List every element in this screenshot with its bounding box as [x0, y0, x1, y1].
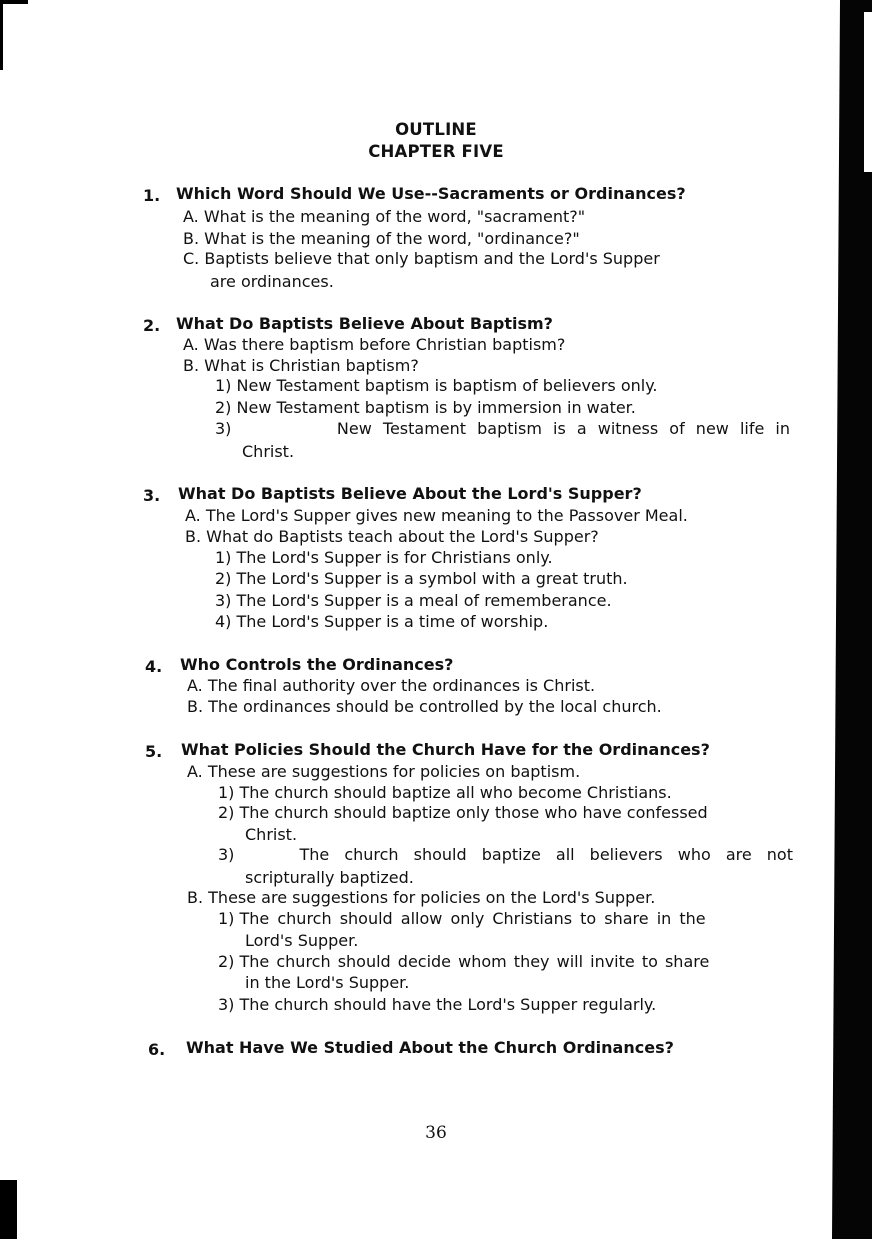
- outline-subitem: 2) New Testament baptism is by immersion…: [215, 398, 636, 418]
- outline-subitem-continuation: Lord's Supper.: [245, 931, 358, 951]
- outline-item: B. What do Baptists teach about the Lord…: [185, 527, 599, 547]
- outline-item: B. The ordinances should be controlled b…: [187, 697, 662, 717]
- outline-item-continuation: are ordinances.: [210, 272, 334, 292]
- outline-subitem: 3) The church should have the Lord's Sup…: [218, 995, 656, 1015]
- outline-item: A. The Lord's Supper gives new meaning t…: [185, 506, 688, 526]
- outline-subitem: 1) The church should allow only Christia…: [218, 909, 706, 929]
- document-page: OUTLINE CHAPTER FIVE 1. Which Word Shoul…: [0, 0, 872, 1239]
- section-number: 6.: [148, 1040, 165, 1059]
- outline-subitem: 2) The church should decide whom they wi…: [218, 952, 709, 972]
- outline-item: A. Was there baptism before Christian ba…: [183, 335, 565, 355]
- outline-item: A. What is the meaning of the word, "sac…: [183, 207, 585, 227]
- section-number: 1.: [143, 186, 160, 205]
- outline-subitem: 2) The Lord's Supper is a symbol with a …: [215, 569, 628, 589]
- outline-subitem-continuation: Christ.: [242, 442, 294, 462]
- page-number: 36: [0, 1123, 872, 1143]
- section-heading: What Do Baptists Believe About Baptism?: [176, 314, 553, 334]
- section-number: 2.: [143, 316, 160, 335]
- section-number: 4.: [145, 657, 162, 676]
- outline-subitem: 1) The Lord's Supper is for Christians o…: [215, 548, 553, 568]
- outline-subitem: 3)The church should baptize all believer…: [218, 845, 793, 865]
- outline-subitem: 3) The Lord's Supper is a meal of rememb…: [215, 591, 612, 611]
- section-number: 3.: [143, 486, 160, 505]
- outline-subitem: 3)New Testament baptism is a witness of …: [215, 419, 790, 439]
- outline-item: A. The final authority over the ordinanc…: [187, 676, 595, 696]
- outline-subitem: 1) New Testament baptism is baptism of b…: [215, 376, 658, 396]
- section-heading: What Have We Studied About the Church Or…: [186, 1038, 674, 1058]
- outline-title: OUTLINE: [0, 120, 872, 139]
- section-heading: Which Word Should We Use--Sacraments or …: [176, 184, 686, 204]
- outline-subitem: 2) The church should baptize only those …: [218, 803, 708, 823]
- outline-subitem-continuation: scripturally baptized.: [245, 868, 414, 888]
- outline-subitem-continuation: Christ.: [245, 825, 297, 845]
- outline-item: B. What is Christian baptism?: [183, 356, 419, 376]
- outline-item: C. Baptists believe that only baptism an…: [183, 249, 660, 269]
- section-heading: What Do Baptists Believe About the Lord'…: [178, 484, 642, 504]
- outline-subitem: 1) The church should baptize all who bec…: [218, 783, 672, 803]
- section-heading: Who Controls the Ordinances?: [180, 655, 453, 675]
- outline-subitem-continuation: in the Lord's Supper.: [245, 973, 409, 993]
- outline-item: B. These are suggestions for policies on…: [187, 888, 655, 908]
- outline-item: A. These are suggestions for policies on…: [187, 762, 580, 782]
- chapter-title: CHAPTER FIVE: [0, 142, 872, 161]
- section-number: 5.: [145, 742, 162, 761]
- outline-item: B. What is the meaning of the word, "ord…: [183, 229, 580, 249]
- outline-subitem: 4) The Lord's Supper is a time of worshi…: [215, 612, 548, 632]
- section-heading: What Policies Should the Church Have for…: [181, 740, 710, 760]
